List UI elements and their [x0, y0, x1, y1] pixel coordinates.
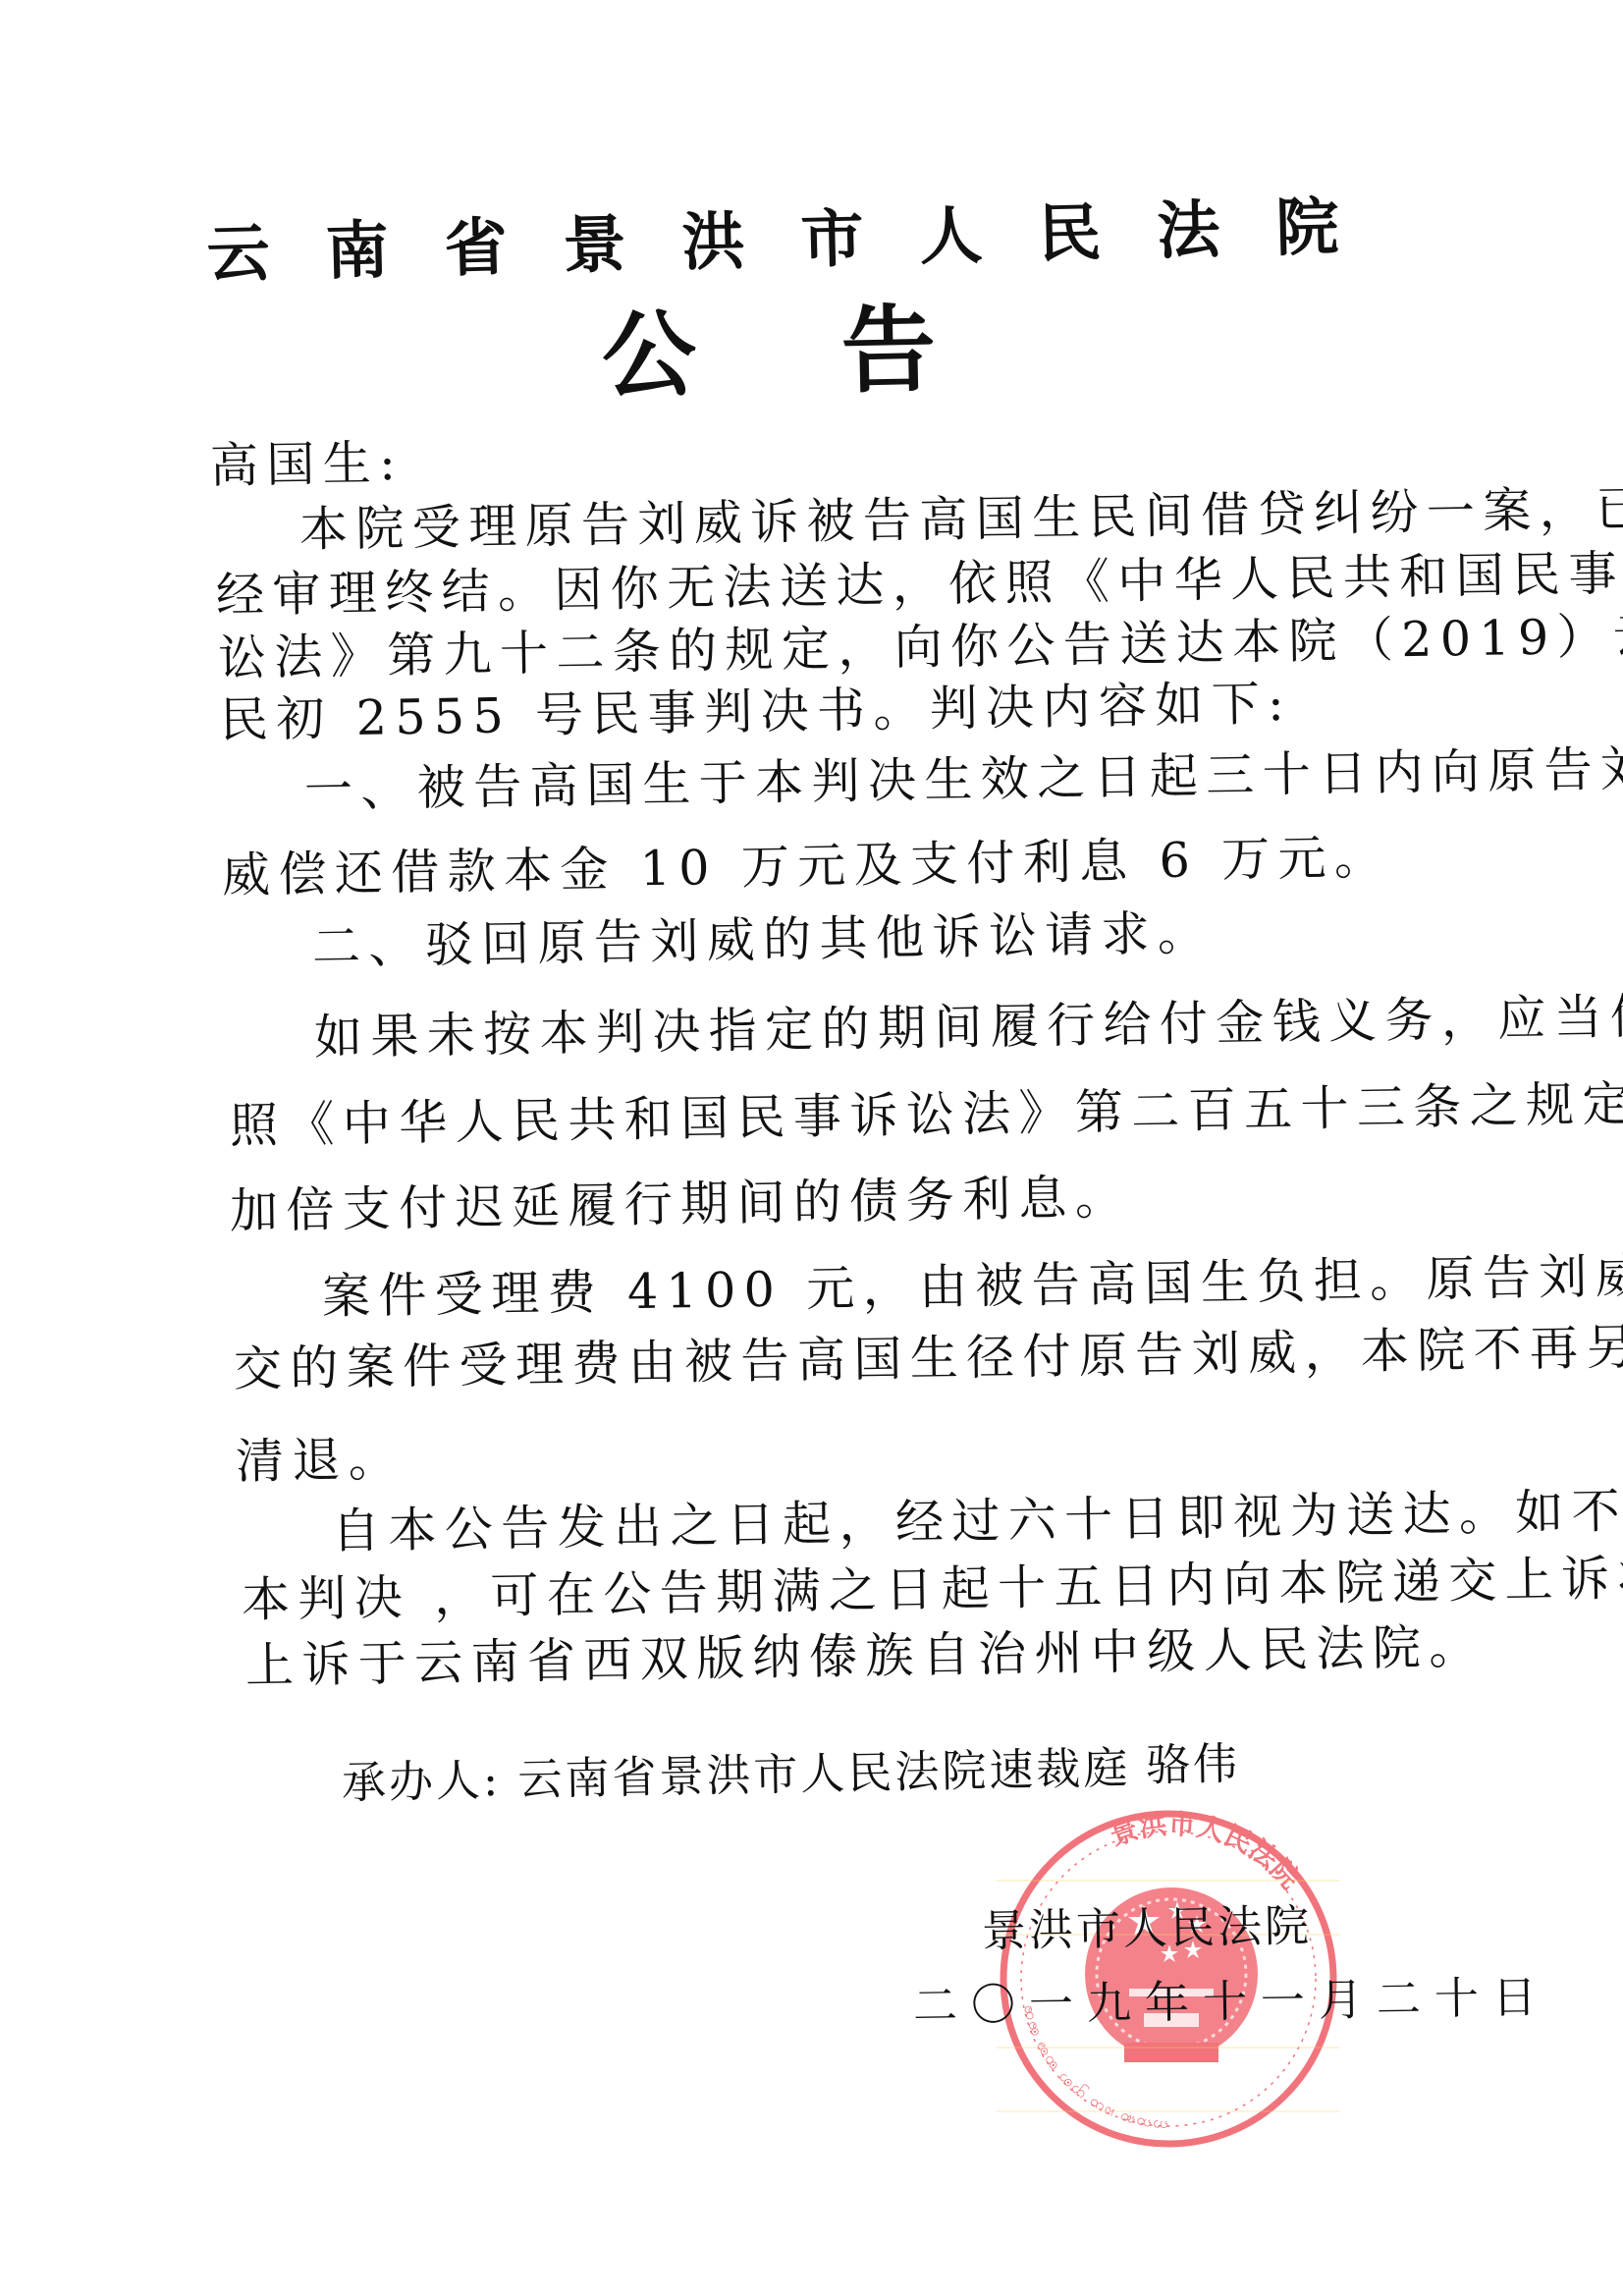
- addressee: 高国生:: [210, 439, 405, 490]
- paragraph-line: 民初 2555 号民事判决书。判决内容如下:: [220, 680, 1293, 744]
- paragraph-line: 加倍支付迟延履行期间的债务利息。: [230, 1174, 1132, 1235]
- paragraph-line: 经审理终结。因你无法送达，依照《中华人民共和国民事诉: [216, 549, 1623, 620]
- paragraph-line: 本判决 ，可在公告期满之日起十五日内向本院递交上诉状，: [242, 1553, 1623, 1624]
- court-name-heading: 云南省景洪市人民法院: [206, 194, 1395, 287]
- paragraph-line: 本院受理原告刘威诉被告高国生民间借贷纠纷一案，已: [299, 484, 1623, 554]
- paragraph-line: 如果未按本判决指定的期间履行给付金钱义务，应当依: [314, 992, 1623, 1062]
- judgment-item-1: 一、被告高国生于本判决生效之日起三十日内向原告刘: [304, 744, 1623, 814]
- issuing-court: 景洪市人民法院: [982, 1903, 1313, 1953]
- handler-label: 承办人: 云南省景洪市人民法院速裁庭: [342, 1746, 1131, 1805]
- document-page: 云南省景洪市人民法院 公告 高国生: 本院受理原告刘威诉被告高国生民间借贷纠纷一…: [0, 0, 1623, 2296]
- paragraph-line: 案件受理费 4100 元，由被告高国生负担。原告刘威预: [322, 1251, 1623, 1321]
- paragraph-line: 清退。: [236, 1435, 406, 1486]
- judgment-item-1-cont: 威偿还借款本金 10 万元及支付利息 6 万元。: [222, 833, 1391, 900]
- judgment-item-2: 二、驳回原告刘威的其他诉讼请求。: [312, 909, 1215, 971]
- issue-date: 二〇一九年十一月二十日: [913, 1975, 1551, 2028]
- notice-title: 公告: [601, 300, 1082, 404]
- seal-ring-text: 景洪市人民法院: [1106, 1808, 1306, 1895]
- paragraph-line: 上诉于云南省西双版纳傣族自治州中级人民法院。: [245, 1622, 1486, 1690]
- paragraph-line: 照《中华人民共和国民事诉讼法》第二百五十三条之规定，: [230, 1079, 1623, 1150]
- paragraph-line: 交的案件受理费由被告高国生径付原告刘威，本院不再另行: [234, 1323, 1623, 1394]
- handler-name: 骆伟: [1146, 1741, 1241, 1787]
- paragraph-line: 自本公告发出之日起，经过六十日即视为送达。如不服: [332, 1486, 1623, 1556]
